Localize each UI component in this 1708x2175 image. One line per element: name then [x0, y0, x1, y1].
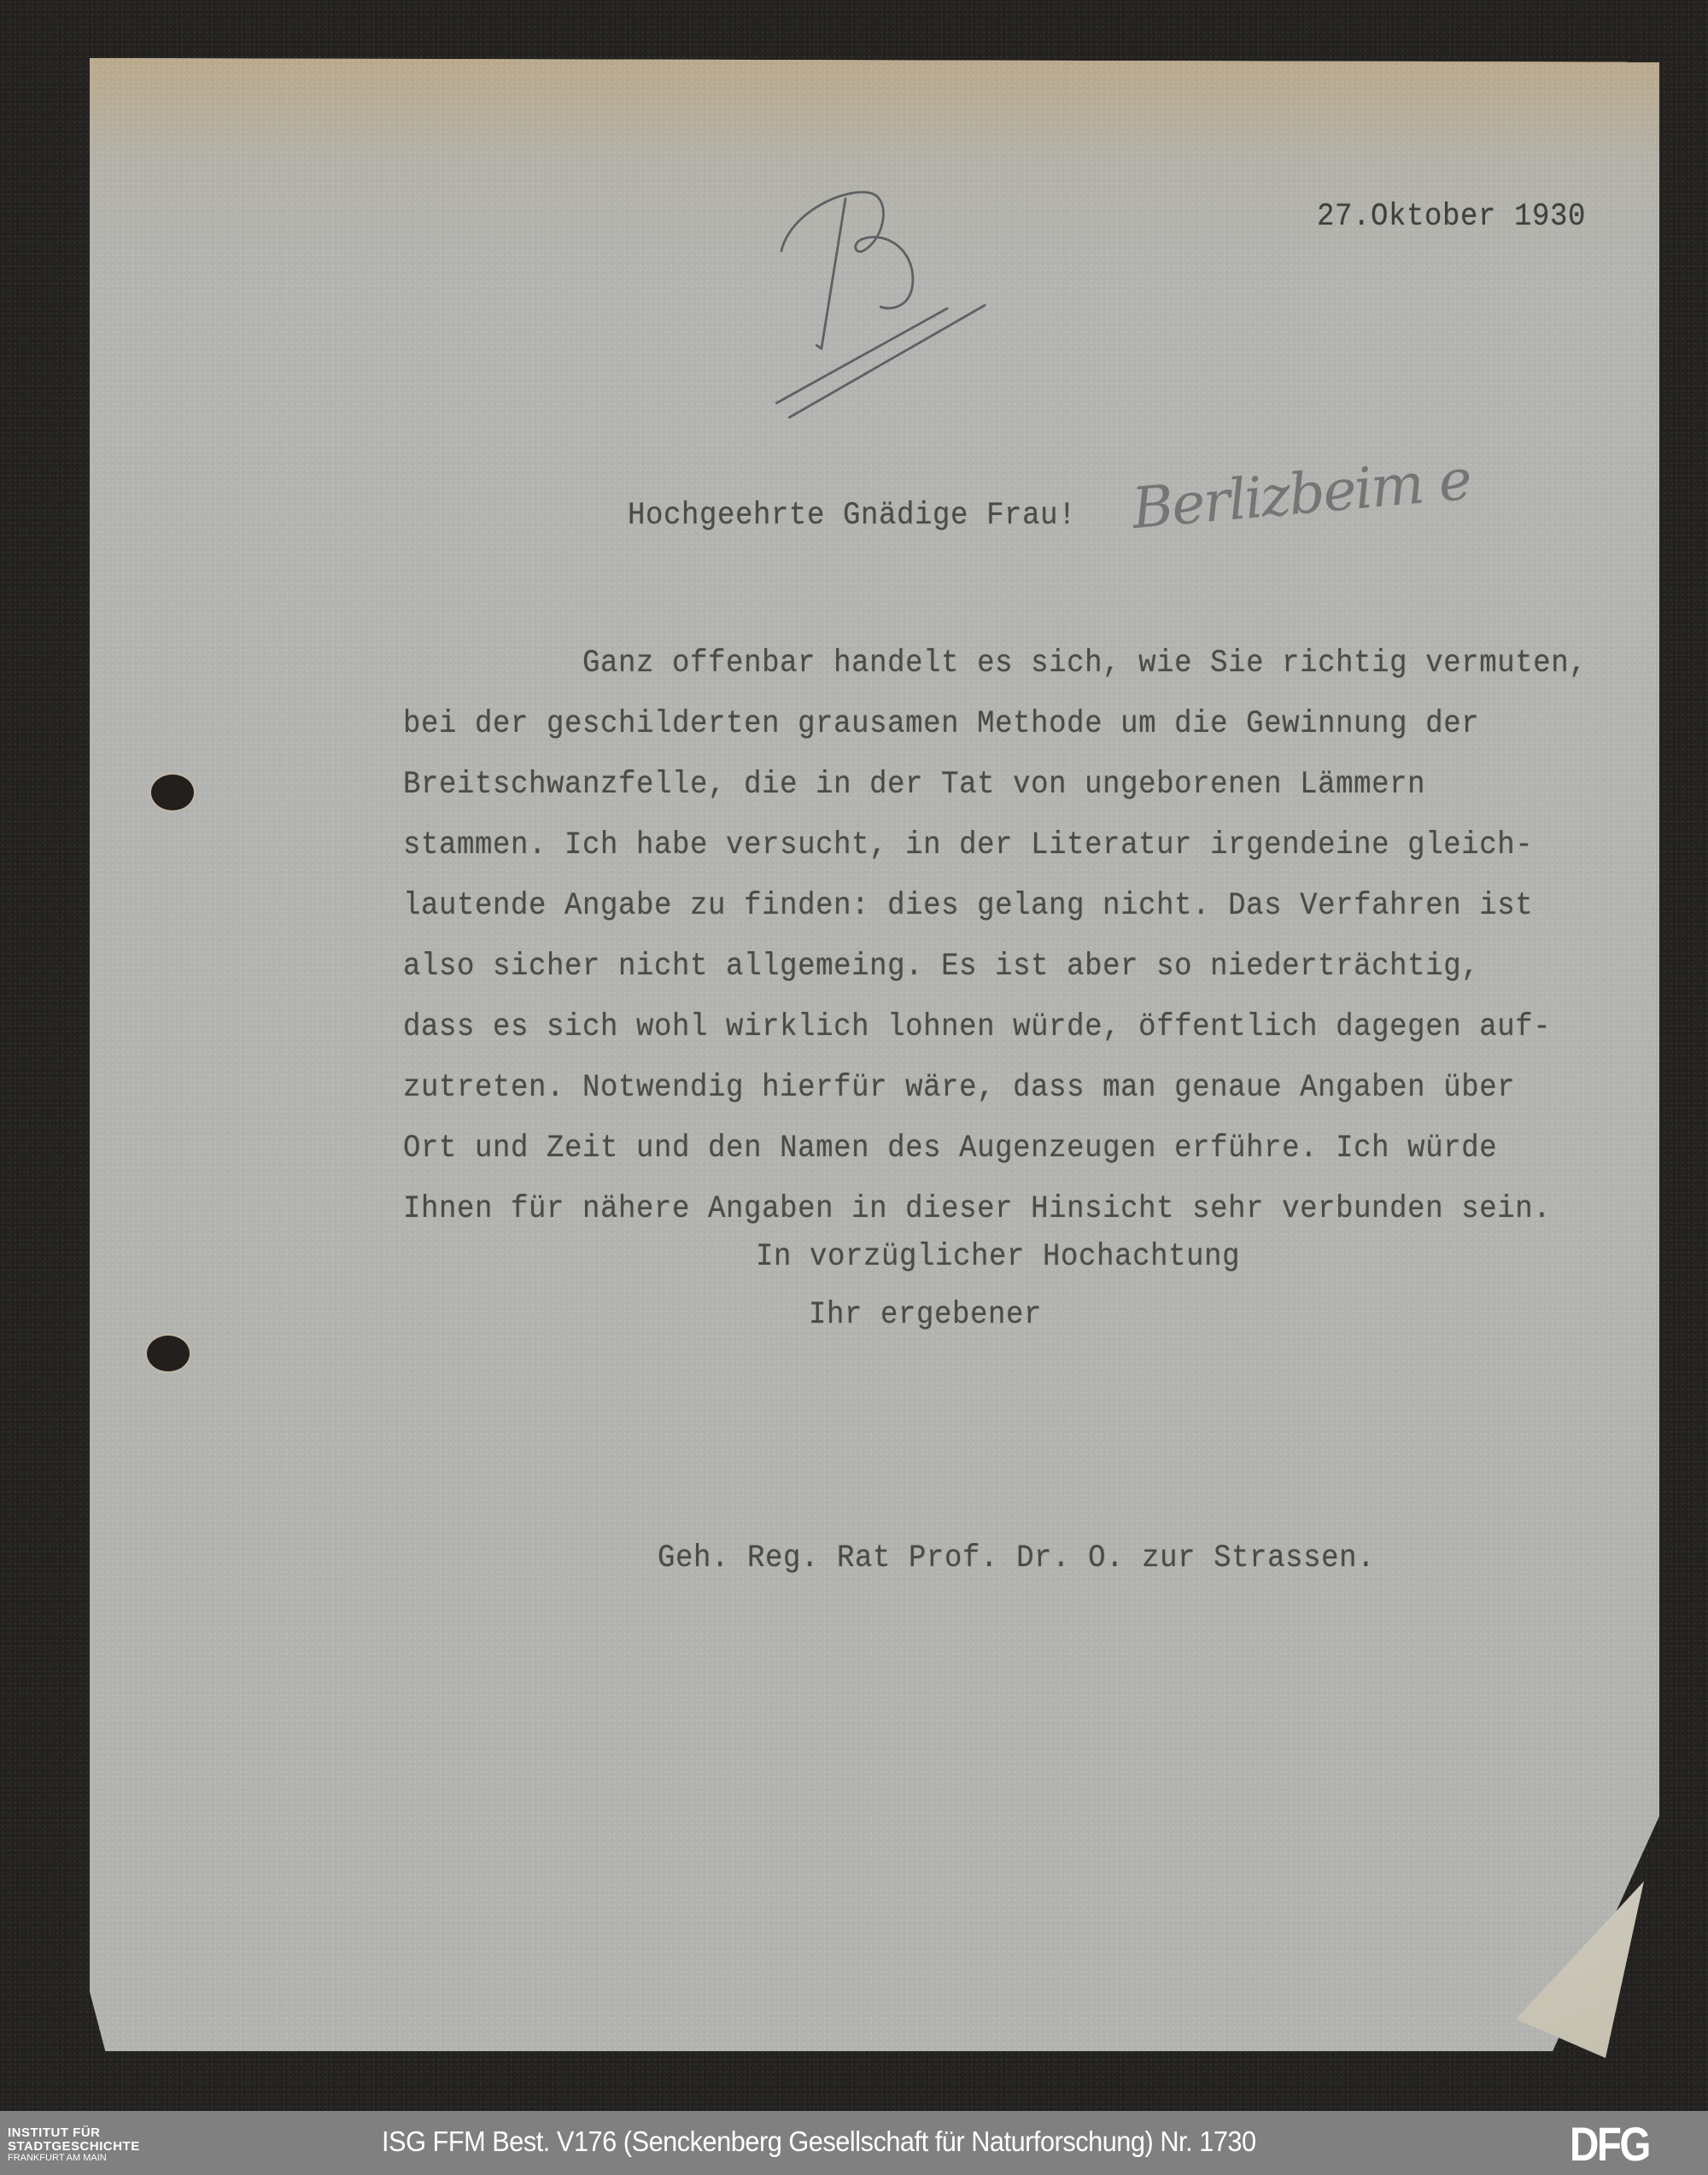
punch-hole-top	[151, 775, 194, 810]
body-line: Ganz offenbar handelt es sich, wie Sie r…	[403, 646, 1587, 681]
body-line: zutreten. Notwendig hierfür wäre, dass m…	[403, 1071, 1515, 1106]
body-line: dass es sich wohl wirklich lohnen würde,…	[403, 1010, 1551, 1045]
salutation: Hochgeehrte Gnädige Frau!	[628, 499, 1076, 534]
archive-reference-title: ISG FFM Best. V176 (Senckenberg Gesellsc…	[382, 2125, 1256, 2158]
institute-line-2: STADTGESCHICHTE	[8, 2140, 140, 2153]
body-line: Breitschwanzfelle, die in der Tat von un…	[403, 768, 1425, 803]
closing-phrase: In vorzüglicher Hochachtung	[756, 1240, 1240, 1275]
institute-logo: INSTITUT FÜR STADTGESCHICHTE FRANKFURT A…	[8, 2126, 140, 2163]
body-line: lautende Angabe zu finden: dies gelang n…	[403, 889, 1533, 924]
body-line: Ihnen für nähere Angaben in dieser Hinsi…	[403, 1192, 1551, 1227]
closing-phrase-2: Ihr ergebener	[809, 1298, 1042, 1333]
letter-date: 27.Oktober 1930	[1317, 200, 1586, 235]
body-line: also sicher nicht allgemeing. Es ist abe…	[403, 950, 1479, 985]
pencil-b-mark-icon	[743, 171, 999, 427]
body-line: Ort und Zeit und den Namen des Augenzeug…	[403, 1131, 1497, 1166]
dfg-logo-icon: DFG	[1570, 2120, 1649, 2168]
archive-footer: INSTITUT FÜR STADTGESCHICHTE FRANKFURT A…	[0, 2111, 1708, 2175]
scan-area: 27.Oktober 1930 Hochgeehrte Gnädige Frau…	[0, 0, 1708, 2111]
body-line: bei der geschilderten grausamen Methode …	[403, 707, 1479, 742]
punch-hole-bottom	[147, 1336, 190, 1371]
body-line: stammen. Ich habe versucht, in der Liter…	[403, 828, 1533, 863]
institute-line-3: FRANKFURT AM MAIN	[8, 2154, 140, 2163]
signature-name: Geh. Reg. Rat Prof. Dr. O. zur Strassen.	[658, 1541, 1375, 1576]
institute-line-1: INSTITUT FÜR	[8, 2126, 140, 2139]
